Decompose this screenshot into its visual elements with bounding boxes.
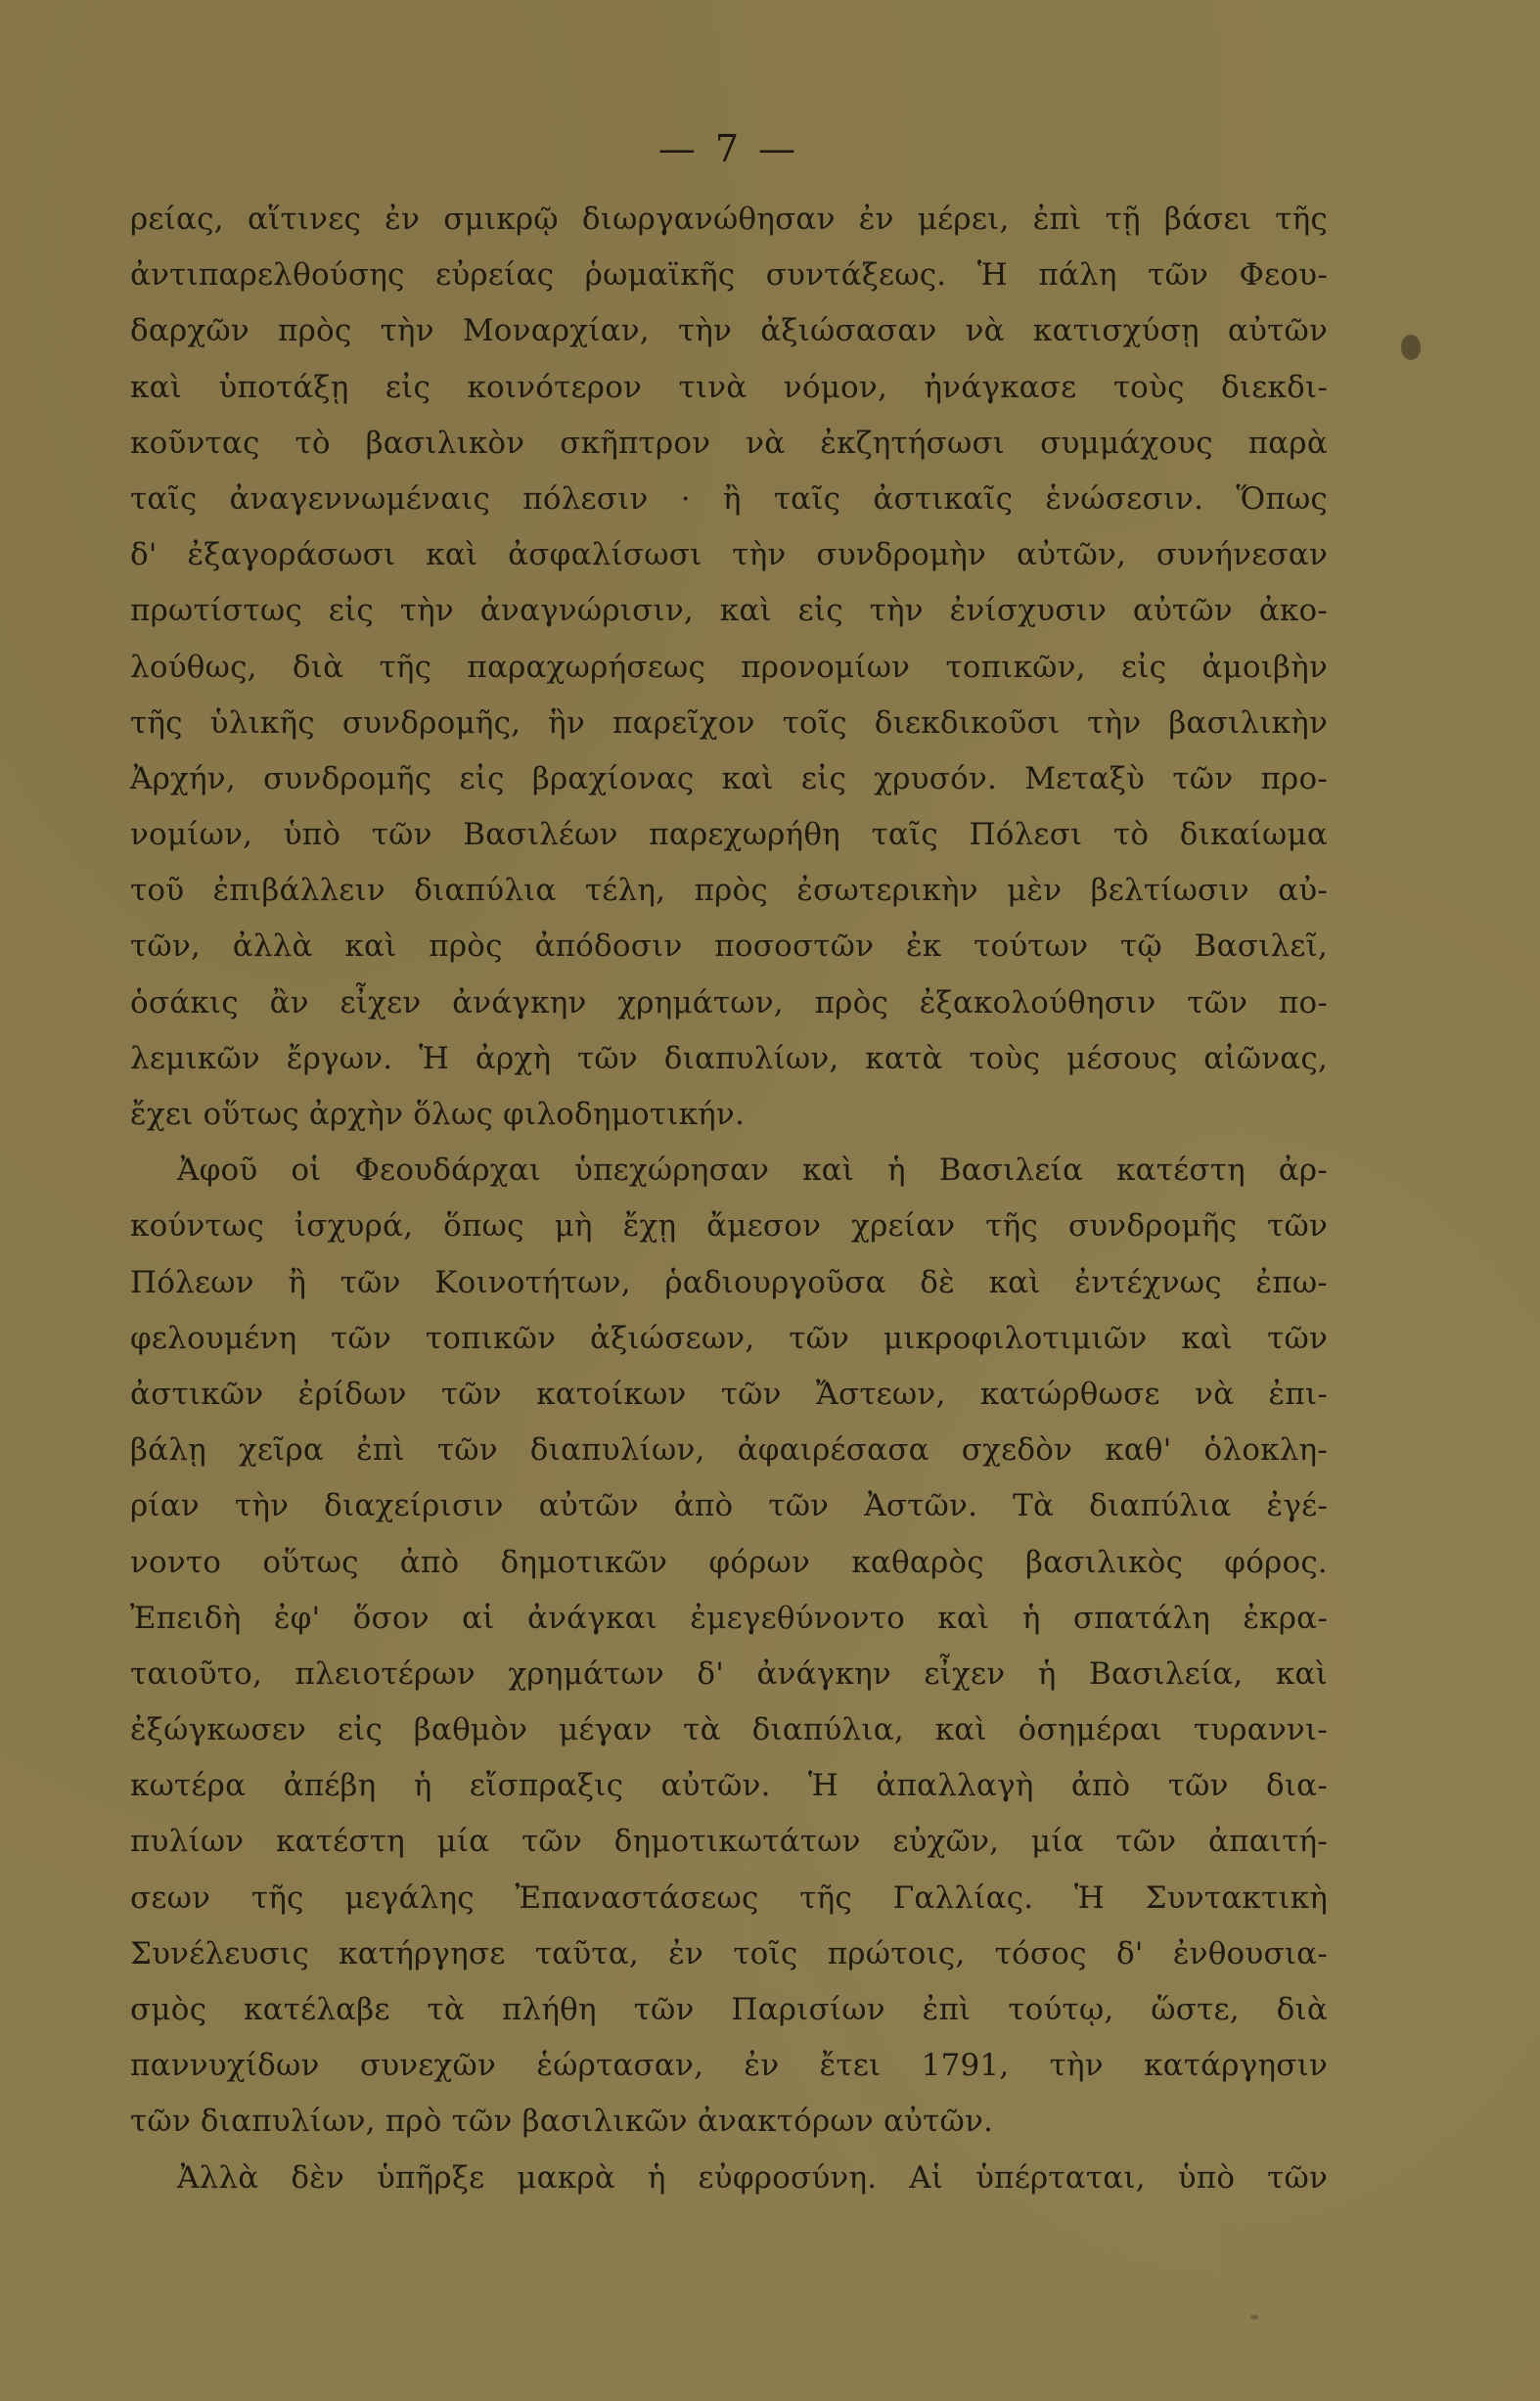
text-line: κοῦντας τὸ βασιλικὸν σκῆπτρον νὰ ἐκζητήσ… — [130, 416, 1328, 472]
text-line: Ἐπειδὴ ἐφ' ὅσον αἱ ἀνάγκαι ἐμεγεθύνοντο … — [130, 1591, 1328, 1647]
text-line: λούθως, διὰ τῆς παραχωρήσεως προνομίων τ… — [130, 640, 1328, 696]
text-line: ταῖς ἀναγεννωμέναις πόλεσιν · ἢ ταῖς ἀστ… — [130, 472, 1328, 527]
text-line: φελουμένη τῶν τοπικῶν ἀξιώσεων, τῶν μικρ… — [130, 1311, 1328, 1367]
text-line: πρωτίστως εἰς τὴν ἀναγνώρισιν, καὶ εἰς τ… — [130, 583, 1328, 639]
text-line: βάλῃ χεῖρα ἐπὶ τῶν διαπυλίων, ἀφαιρέσασα… — [130, 1423, 1328, 1478]
text-line: καὶ ὑποτάξῃ εἰς κοινότερον τινὰ νόμον, ἠ… — [130, 360, 1328, 416]
text-line: λεμικῶν ἔργων. Ἡ ἀρχὴ τῶν διαπυλίων, κατ… — [130, 1031, 1328, 1087]
text-line: τῆς ὑλικῆς συνδρομῆς, ἣν παρεῖχον τοῖς δ… — [130, 696, 1328, 751]
text-line: ρείας, αἵτινες ἐν σμικρῷ διωργανώθησαν ἐ… — [130, 192, 1328, 248]
body-text: ρείας, αἵτινες ἐν σμικρῷ διωργανώθησαν ἐ… — [130, 192, 1328, 2206]
text-line: νομίων, ὑπὸ τῶν Βασιλέων παρεχωρήθη ταῖς… — [130, 807, 1328, 863]
text-line: πυλίων κατέστη μία τῶν δημοτικωτάτων εὐχ… — [130, 1814, 1328, 1870]
text-line: νοντο οὕτως ἀπὸ δημοτικῶν φόρων καθαρὸς … — [130, 1535, 1328, 1591]
paragraph-end-line: ἔχει οὕτως ἀρχὴν ὅλως φιλοδημοτικήν. — [130, 1087, 1328, 1143]
text-line: ρίαν τὴν διαχείρισιν αὐτῶν ἀπὸ τῶν Ἀστῶν… — [130, 1478, 1328, 1534]
text-line: τῶν, ἀλλὰ καὶ πρὸς ἀπόδοσιν ποσοστῶν ἐκ … — [130, 919, 1328, 974]
paragraph-start-line: Ἀλλὰ δὲν ὑπῆρξε μακρὰ ἡ εὐφροσύνη. Αἱ ὑπ… — [130, 2151, 1328, 2206]
text-line: Ἀρχήν, συνδρομῆς εἰς βραχίονας καὶ εἰς χ… — [130, 751, 1328, 807]
text-line: ἀστικῶν ἐρίδων τῶν κατοίκων τῶν Ἄστεων, … — [130, 1367, 1328, 1423]
text-line: Συνέλευσις κατήργησε ταῦτα, ἐν τοῖς πρώτ… — [130, 1926, 1328, 1982]
text-line: τοῦ ἐπιβάλλειν διαπύλια τέλη, πρὸς ἐσωτε… — [130, 863, 1328, 919]
text-line: σμὸς κατέλαβε τὰ πλήθη τῶν Παρισίων ἐπὶ … — [130, 1982, 1328, 2038]
page-number: — 7 — — [130, 127, 1328, 170]
paragraph-start-line: Ἀφοῦ οἱ Φεουδάρχαι ὑπεχώρησαν καὶ ἡ Βασι… — [130, 1143, 1328, 1199]
text-line: σεων τῆς μεγάλης Ἐπαναστάσεως τῆς Γαλλία… — [130, 1871, 1328, 1926]
paragraph-end-line: τῶν διαπυλίων, πρὸ τῶν βασιλικῶν ἀνακτόρ… — [130, 2094, 1328, 2150]
text-line: ἀντιπαρελθούσης εὐρείας ῥωμαϊκῆς συντάξε… — [130, 248, 1328, 303]
text-line: δ' ἐξαγοράσωσι καὶ ἀσφαλίσωσι τὴν συνδρο… — [130, 527, 1328, 583]
paper-stain — [1401, 335, 1421, 360]
text-line: κωτέρα ἀπέβη ἡ εἴσπραξις αὐτῶν. Ἡ ἀπαλλα… — [130, 1758, 1328, 1814]
text-line: Πόλεων ἢ τῶν Κοινοτήτων, ῥαδιουργοῦσα δὲ… — [130, 1255, 1328, 1311]
paper-stain — [1250, 2315, 1258, 2320]
text-line: ἐξώγκωσεν εἰς βαθμὸν μέγαν τὰ διαπύλια, … — [130, 1702, 1328, 1758]
text-line: κούντως ἰσχυρά, ὅπως μὴ ἔχῃ ἄμεσον χρεία… — [130, 1199, 1328, 1254]
text-line: ὁσάκις ἂν εἶχεν ἀνάγκην χρημάτων, πρὸς ἐ… — [130, 975, 1328, 1031]
text-line: ταιοῦτο, πλειοτέρων χρημάτων δ' ἀνάγκην … — [130, 1647, 1328, 1702]
text-line: παννυχίδων συνεχῶν ἑώρτασαν, ἐν ἔτει 179… — [130, 2038, 1328, 2094]
text-line: δαρχῶν πρὸς τὴν Μοναρχίαν, τὴν ἀξιώσασαν… — [130, 303, 1328, 359]
